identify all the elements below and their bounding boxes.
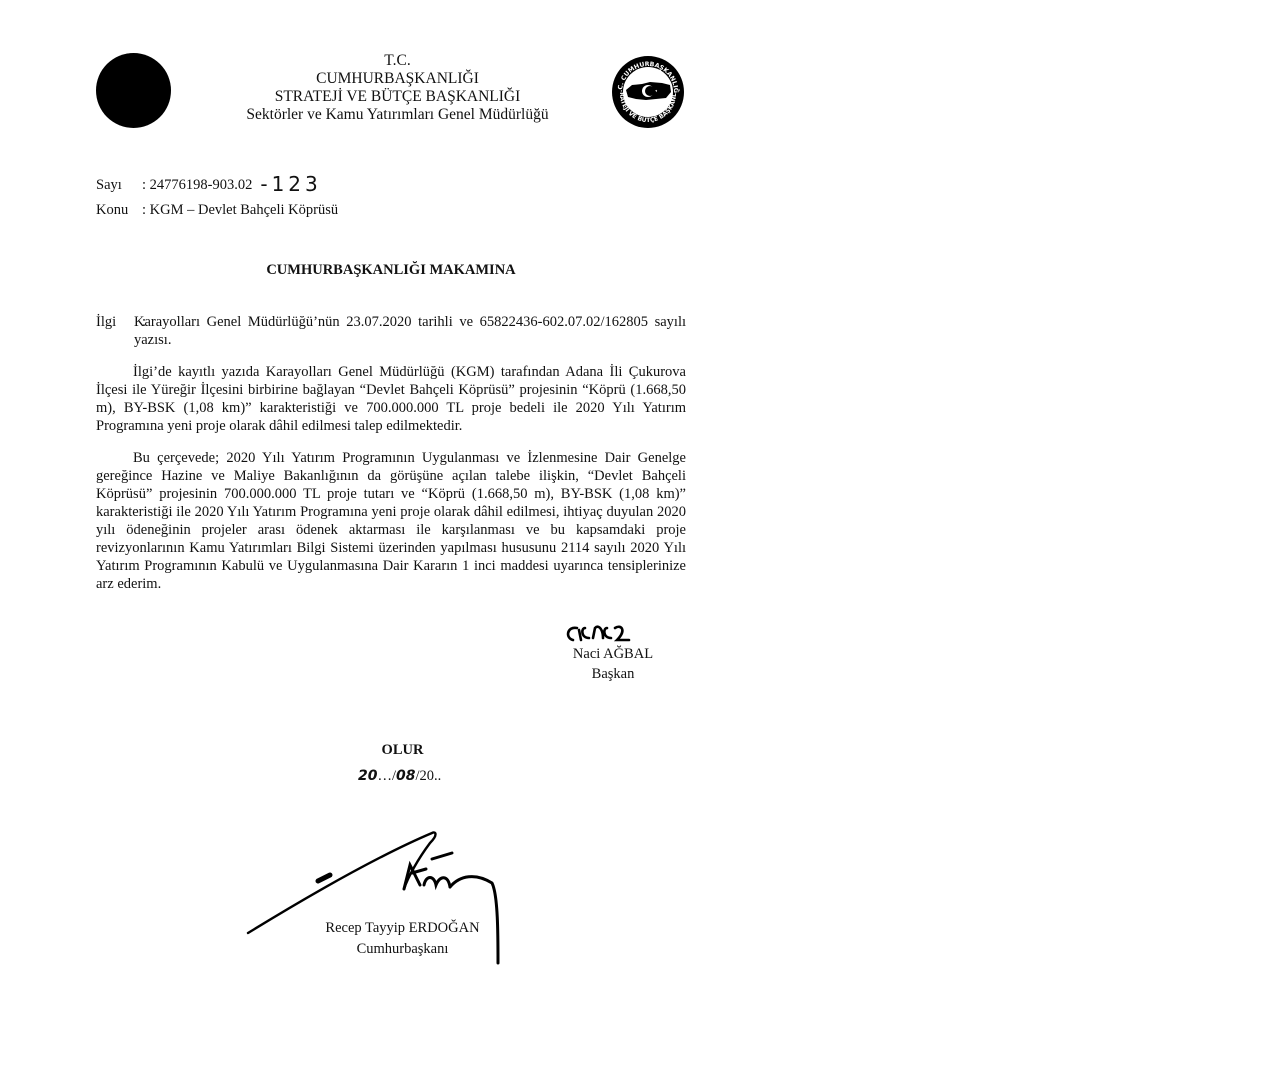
letterhead-line-agency: STRATEJİ VE BÜTÇE BAŞKANLIĞI: [200, 88, 595, 106]
president-title: Cumhurbaşkanı: [310, 939, 495, 960]
signatory-name: Naci AĞBAL: [548, 644, 678, 664]
reference-number-value: : 24776198-903.02: [142, 177, 252, 193]
reference-colon: :: [142, 313, 146, 331]
subject-line: Konu: KGM – Devlet Bahçeli Köprüsü: [96, 202, 338, 219]
reference-label: İlgi: [96, 313, 116, 331]
president-name: Recep Tayyip ERDOĞAN: [310, 918, 495, 939]
president-block: Recep Tayyip ERDOĞAN Cumhurbaşkanı: [310, 918, 495, 960]
body-paragraph-1: İlgi’de kayıtlı yazıda Karayolları Genel…: [96, 363, 686, 435]
letterhead-line-directorate: Sektörler ve Kamu Yatırımları Genel Müdü…: [200, 106, 595, 124]
body-paragraph-2: Bu çerçevede; 2020 Yılı Yatırım Programı…: [96, 449, 686, 593]
addressee-heading: CUMHURBAŞKANLIĞI MAKAMINA: [96, 262, 686, 279]
approval-date: 20…/08/20..: [358, 768, 441, 785]
reference-text: Karayolları Genel Müdürlüğü’nün 23.07.20…: [134, 313, 686, 349]
letterhead: T.C. CUMHURBAŞKANLIĞI STRATEJİ VE BÜTÇE …: [200, 52, 595, 124]
reference-number: Sayı: 24776198-903.02-123: [96, 172, 322, 196]
reference-number-handwritten: -123: [260, 172, 321, 196]
agency-seal-icon: T.C. CUMHURBAŞKANLIĞI STRATEJİ VE BÜTÇE …: [610, 54, 686, 130]
letterhead-line-presidency: CUMHURBAŞKANLIĞI: [200, 70, 595, 88]
approval-date-month: 08: [396, 768, 415, 784]
signatory-block: Naci AĞBAL Başkan: [548, 620, 678, 684]
letterhead-line-tc: T.C.: [200, 52, 595, 70]
approval-label: OLUR: [330, 742, 475, 759]
reference-number-label: Sayı: [96, 177, 142, 194]
subject-label: Konu: [96, 202, 142, 219]
approval-date-day: 20: [358, 768, 377, 784]
redacted-emblem: [96, 53, 171, 128]
subject-value: : KGM – Devlet Bahçeli Köprüsü: [142, 202, 338, 218]
signatory-title: Başkan: [548, 664, 678, 684]
signature-icon: [563, 620, 663, 646]
reference-block: İlgi : Karayolları Genel Müdürlüğü’nün 2…: [96, 313, 686, 349]
